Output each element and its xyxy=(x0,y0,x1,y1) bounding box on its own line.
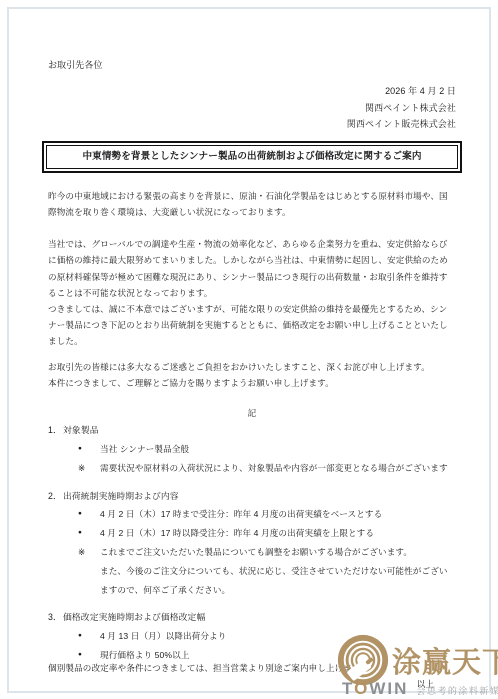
list-item-text: 4 月 2 日（木）17 時以降受注分：昨年 4 月度の出荷実績を上限とする xyxy=(100,524,456,543)
body-paragraph-1: 昨今の中東地域における緊張の高まりを背景に、原油・石油化学製品をはじめとする原材… xyxy=(48,188,456,220)
ki-marker: 記 xyxy=(48,405,456,421)
company-name-1: 関西ペイント株式会社 xyxy=(48,100,456,117)
document-page: { "doc": { "recipient": "お取引先各位", "date"… xyxy=(0,0,498,699)
body-paragraph-3: つきましては、誠に不本意ではございますが、可能な限りの安定供給の維持を最優先とす… xyxy=(48,301,456,350)
bullet-icon: ● xyxy=(78,505,100,524)
section-heading-2: 2．出荷統制実施時期および内容 xyxy=(48,487,456,506)
section-title: 対象製品 xyxy=(63,425,99,435)
list-item-text: これまでご注文いただいた製品についても調整をお願いする場合がございます。 xyxy=(100,543,456,562)
notice-title: 中東情勢を背景としたシンナー製品の出荷統制および価格改定に関するご案内 xyxy=(46,145,458,169)
section-number: 2． xyxy=(48,487,63,506)
bullet-icon: ● xyxy=(78,440,100,459)
letter-date-block: 2026 年 4 月 2 日 関西ペイント株式会社 関西ペイント販売株式会社 xyxy=(48,83,456,133)
section-heading-1: 1．対象製品 xyxy=(48,421,456,440)
section-title: 価格改定実施時期および価格改定幅 xyxy=(63,612,205,622)
list-item: ※ これまでご注文いただいた製品についても調整をお願いする場合がございます。 xyxy=(48,543,456,562)
list-item: また、今後のご注文分についても、状況に応じ、受注させていただけない可能性がござい… xyxy=(48,562,456,600)
list-item-text: また、今後のご注文分についても、状況に応じ、受注させていただけない可能性がござい… xyxy=(100,562,456,600)
note-marker: ※ xyxy=(78,459,100,478)
brand-tagline: 会思考的涂料新媒体 xyxy=(416,684,498,697)
body-paragraph-5: 本件につきまして、ご理解とご協力を賜りますようお願い申し上げます。 xyxy=(48,375,456,391)
watermark-row-2: TOWIN 会思考的涂料新媒体 xyxy=(342,679,498,699)
letter-recipient: お取引先各位 xyxy=(48,0,456,73)
body-paragraph-2: 当社では、グローバルでの調達や生産・物流の効率化など、あらゆる企業努力を重ね、安… xyxy=(48,236,456,301)
notice-title-box: 中東情勢を背景としたシンナー製品の出荷統制および価格改定に関するご案内 xyxy=(42,141,462,173)
note-marker: ※ xyxy=(78,543,100,562)
list-item-text: 4 月 2 日（木）17 時まで受注分：昨年 4 月度の出荷実績をベースとする xyxy=(100,505,456,524)
list-item-text: 当社 シンナー製品全般 xyxy=(100,440,456,459)
bullet-icon: ● xyxy=(78,627,100,646)
letter-content: お取引先各位 2026 年 4 月 2 日 関西ペイント株式会社 関西ペイント販… xyxy=(48,0,456,692)
section-heading-3: 3．価格改定実施時期および価格改定幅 xyxy=(48,608,456,627)
list-item: ● 当社 シンナー製品全般 xyxy=(48,440,456,459)
section-number: 1． xyxy=(48,421,63,440)
bullet-icon: ● xyxy=(78,524,100,543)
list-item: ● 4 月 2 日（木）17 時以降受注分：昨年 4 月度の出荷実績を上限とする xyxy=(48,524,456,543)
list-item: ※ 需要状況や原材料の入荷状況により、対象製品や内容が一部変更となる場合がござい… xyxy=(48,459,456,478)
company-name-2: 関西ペイント販売株式会社 xyxy=(48,116,456,133)
brand-o-letter: O xyxy=(354,679,369,698)
letter-date: 2026 年 4 月 2 日 xyxy=(48,83,456,100)
brand-name-cn: 涂赢天下 xyxy=(392,640,498,681)
list-item: ● 4 月 2 日（木）17 時まで受注分：昨年 4 月度の出荷実績をベースとす… xyxy=(48,505,456,524)
section-number: 3． xyxy=(48,608,63,627)
empty-marker xyxy=(78,562,100,600)
list-item-text: 需要状況や原材料の入荷状況により、対象製品や内容が一部変更となる場合がございます xyxy=(100,459,456,478)
body-paragraph-4: お取引先の皆様には多大なるご迷惑とご負担をおかけいたしますこと、深くお詫び申し上… xyxy=(48,359,456,375)
watermark-logo: 涂赢天下 TOWIN 会思考的涂料新媒体 xyxy=(336,633,498,699)
brand-name-en: TOWIN xyxy=(342,679,408,699)
section-title: 出荷統制実施時期および内容 xyxy=(63,491,179,501)
